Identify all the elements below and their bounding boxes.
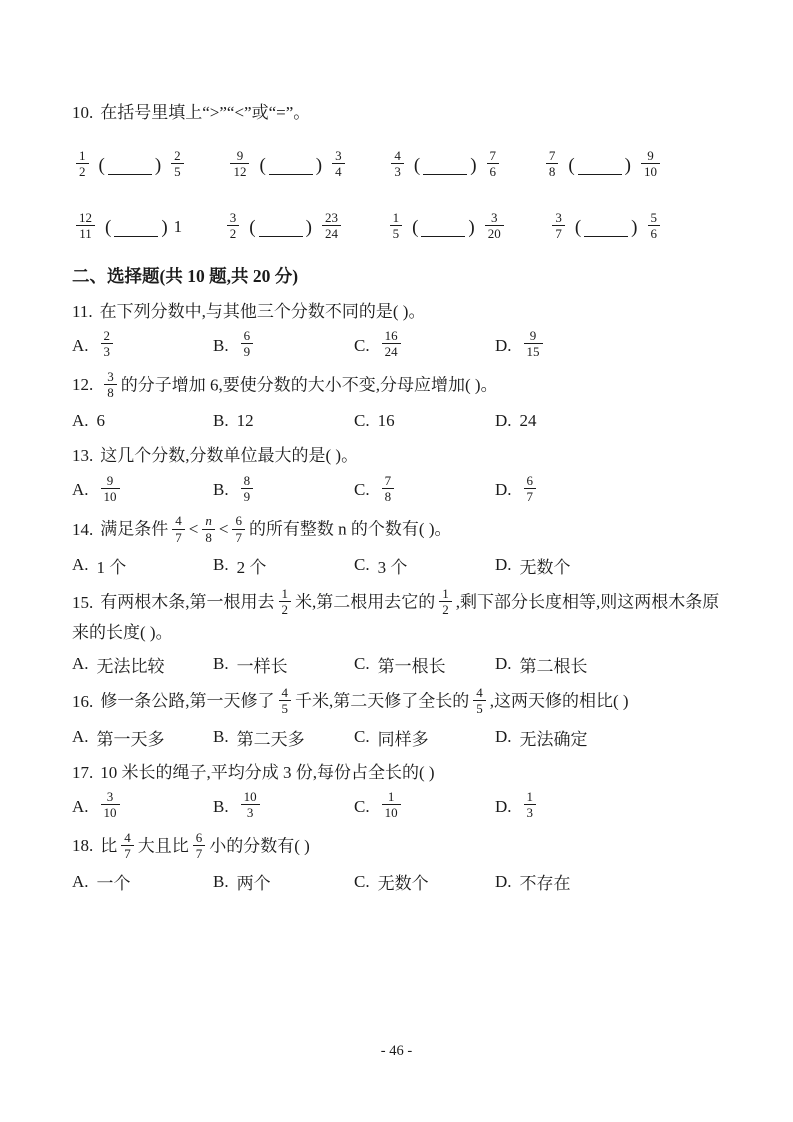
option: A.310 <box>72 791 213 823</box>
fraction-denominator: 12 <box>230 164 249 179</box>
fraction-denominator: 24 <box>382 344 401 359</box>
text-run: 3 个 <box>378 558 408 577</box>
answer-blank: () <box>105 218 168 237</box>
fraction-denominator: 7 <box>232 530 245 545</box>
option-content: 67 <box>520 475 541 507</box>
options-row: A.第一天多B.第二天多C.同样多D.无法确定 <box>72 724 721 751</box>
fraction: 12 <box>439 586 452 618</box>
fraction: 910 <box>641 148 660 180</box>
questions-list: 11.在下列分数中,与其他三个分数不同的是( )。A.23B.69C.1624D… <box>72 299 721 896</box>
option-label: C. <box>354 797 370 817</box>
right-operand: 76 <box>483 150 504 182</box>
option: A.一个 <box>72 869 213 894</box>
fraction-denominator: 7 <box>524 489 537 504</box>
option-label: D. <box>495 336 512 356</box>
fraction: 37 <box>552 210 565 242</box>
option-label: A. <box>72 411 89 431</box>
fraction: 103 <box>241 789 260 821</box>
fraction: 78 <box>382 473 395 505</box>
fraction-denominator: 10 <box>101 805 120 820</box>
option-content: 无法确定 <box>520 725 588 750</box>
fraction-denominator: 8 <box>382 489 395 504</box>
fraction-denominator: 24 <box>322 226 341 241</box>
fraction: 915 <box>524 328 543 360</box>
option-label: D. <box>495 727 512 747</box>
option-label: C. <box>354 727 370 747</box>
text-run: 无数个 <box>520 558 571 577</box>
fraction: 12 <box>279 586 292 618</box>
options-row: A.910B.89C.78D.67 <box>72 475 721 507</box>
option-label: C. <box>354 411 370 431</box>
fraction-denominator: 9 <box>241 344 254 359</box>
option: D.24 <box>495 411 537 431</box>
text-run: 无法确定 <box>520 730 588 749</box>
close-paren: ) <box>316 156 322 175</box>
close-paren: ) <box>161 218 167 237</box>
fraction-denominator: 3 <box>101 344 114 359</box>
option: C.1624 <box>354 330 495 362</box>
option-label: D. <box>495 872 512 892</box>
fraction-numerator: 6 <box>232 513 245 529</box>
question-number: 17. <box>72 763 93 782</box>
option: D.第二根长 <box>495 652 588 677</box>
fraction-denominator: 6 <box>648 226 661 241</box>
option-content: 第二根长 <box>520 652 588 677</box>
fraction-numerator: 2 <box>171 148 184 164</box>
fraction: 310 <box>101 789 120 821</box>
fraction: 110 <box>382 789 401 821</box>
question: 12.38的分子增加 6,要使分数的大小不变,分母应增加( )。A.6B.12C… <box>72 371 721 435</box>
question-stem: 17.10 米长的绳子,平均分成 3 份,每份占全长的( ) <box>72 760 721 786</box>
option-content: 78 <box>378 475 399 507</box>
fraction: 45 <box>473 685 486 717</box>
open-paren: ( <box>105 218 111 237</box>
fraction-numerator: 8 <box>241 473 254 489</box>
text-run: 满足条件 <box>100 520 168 539</box>
text-run: 24 <box>520 411 537 430</box>
fraction-numerator: 3 <box>227 210 240 226</box>
text-run: 6 <box>97 411 106 430</box>
option-content: 23 <box>97 330 118 362</box>
fraction-denominator: 2 <box>76 164 89 179</box>
option: D.无法确定 <box>495 725 588 750</box>
option-content: 89 <box>237 475 258 507</box>
option: A.910 <box>72 475 213 507</box>
fraction: 15 <box>390 210 403 242</box>
options-row: A.一个B.两个C.无数个D.不存在 <box>72 868 721 895</box>
option: C.3 个 <box>354 553 495 578</box>
option: A.6 <box>72 411 213 431</box>
question-number: 12. <box>72 375 93 394</box>
right-operand: 56 <box>644 212 665 244</box>
option: A.1 个 <box>72 553 213 578</box>
fraction-numerator: 6 <box>193 830 206 846</box>
option: B.69 <box>213 330 354 362</box>
fraction-denominator: 9 <box>241 489 254 504</box>
text-run: 无法比较 <box>97 657 165 676</box>
option-content: 110 <box>378 791 405 823</box>
option: A.第一天多 <box>72 725 213 750</box>
fraction-numerator: 16 <box>382 328 401 344</box>
option-content: 无法比较 <box>97 652 165 677</box>
fraction-denominator: 8 <box>104 385 117 400</box>
text-run: 的分子增加 6,要使分数的大小不变,分母应增加( )。 <box>121 375 498 394</box>
worksheet-page: 10.在括号里填上“>”“<”或“=”。 12()25912()3443()76… <box>0 0 793 1122</box>
option: C.110 <box>354 791 495 823</box>
option-label: B. <box>213 872 229 892</box>
option-content: 同样多 <box>378 725 429 750</box>
blank-line <box>421 219 465 237</box>
option-label: D. <box>495 654 512 674</box>
fraction-numerator: 4 <box>172 513 185 529</box>
blank-line <box>423 157 467 175</box>
option: B.89 <box>213 475 354 507</box>
option-content: 无数个 <box>378 869 429 894</box>
text-run: 12 <box>237 411 254 430</box>
comparison-row: 1211()132()232415()32037()56 <box>72 204 664 250</box>
option: C.16 <box>354 411 495 431</box>
open-paren: ( <box>412 218 418 237</box>
question-stem: 18.比47大且比67小的分数有( ) <box>72 832 721 864</box>
option-label: D. <box>495 555 512 575</box>
answer-blank: () <box>99 156 162 175</box>
close-paren: ) <box>306 218 312 237</box>
option-content: 69 <box>237 330 258 362</box>
fraction: 1624 <box>382 328 401 360</box>
option-content: 1624 <box>378 330 405 362</box>
comparison-pair: 78()910 <box>542 150 664 182</box>
question-number: 14. <box>72 520 93 539</box>
blank-line <box>259 219 303 237</box>
option-label: C. <box>354 336 370 356</box>
options-row: A.310B.103C.110D.13 <box>72 791 721 823</box>
answer-blank: () <box>575 218 638 237</box>
fraction: 910 <box>101 473 120 505</box>
option-content: 不存在 <box>520 869 571 894</box>
comparison-pair: 32()2324 <box>223 212 345 244</box>
fraction: 76 <box>487 148 500 180</box>
text-run: 不存在 <box>520 874 571 893</box>
fraction: 47 <box>172 513 185 545</box>
fraction: 25 <box>171 148 184 180</box>
comparison-row: 12()25912()3443()7678()910 <box>72 142 664 188</box>
blank-line <box>108 157 152 175</box>
option: C.同样多 <box>354 725 495 750</box>
option-content: 无数个 <box>520 553 571 578</box>
option-label: B. <box>213 480 229 500</box>
question-number: 13. <box>72 446 93 465</box>
open-paren: ( <box>575 218 581 237</box>
close-paren: ) <box>155 156 161 175</box>
fraction-numerator: 9 <box>230 148 249 164</box>
comparison-pair: 12()25 <box>72 150 188 182</box>
fraction-denominator: 5 <box>390 226 403 241</box>
fraction-numerator: 3 <box>332 148 345 164</box>
option-content: 103 <box>237 791 264 823</box>
fraction-denominator: 10 <box>101 489 120 504</box>
fraction-numerator: 5 <box>648 210 661 226</box>
text-run: 的所有整数 n 的个数有( )。 <box>249 520 452 539</box>
text-run: 这几个分数,分数单位最大的是( )。 <box>100 446 358 465</box>
option-label: A. <box>72 727 89 747</box>
fraction-numerator: 9 <box>101 473 120 489</box>
option-label: D. <box>495 411 512 431</box>
option-content: 第一根长 <box>378 652 446 677</box>
fraction-numerator: 4 <box>473 685 486 701</box>
option: C.无数个 <box>354 869 495 894</box>
comparison-pair: 37()56 <box>548 212 664 244</box>
fraction-numerator: 3 <box>101 789 120 805</box>
option: D.不存在 <box>495 869 571 894</box>
option-label: C. <box>354 480 370 500</box>
fraction-denominator: 5 <box>473 701 486 716</box>
option-content: 6 <box>97 411 106 431</box>
option: B.103 <box>213 791 354 823</box>
question-stem: 11.在下列分数中,与其他三个分数不同的是( )。 <box>72 299 721 325</box>
fraction-numerator: 7 <box>487 148 500 164</box>
fraction-denominator: 3 <box>391 164 404 179</box>
close-paren: ) <box>625 156 631 175</box>
right-operand: 25 <box>167 150 188 182</box>
option-label: A. <box>72 555 89 575</box>
answer-blank: () <box>414 156 477 175</box>
option-content: 16 <box>378 411 395 431</box>
question-stem: 12.38的分子增加 6,要使分数的大小不变,分母应增加( )。 <box>72 371 721 403</box>
section-2-header: 二、选择题(共 10 题,共 20 分) <box>72 263 721 289</box>
option-label: D. <box>495 480 512 500</box>
blank-line <box>269 157 313 175</box>
fraction-denominator: 7 <box>172 530 185 545</box>
fraction-denominator: 3 <box>241 805 260 820</box>
text-run: 一样长 <box>237 657 288 676</box>
answer-blank: () <box>568 156 631 175</box>
option-content: 一样长 <box>237 652 288 677</box>
fraction-denominator: 10 <box>382 805 401 820</box>
option-label: B. <box>213 555 229 575</box>
options-row: A.23B.69C.1624D.915 <box>72 330 721 362</box>
fraction-numerator: 7 <box>546 148 559 164</box>
fraction-numerator: 4 <box>121 830 134 846</box>
option: D.67 <box>495 475 540 507</box>
options-row: A.1 个B.2 个C.3 个D.无数个 <box>72 552 721 579</box>
right-operand: 910 <box>637 150 664 182</box>
text-run: 16 <box>378 411 395 430</box>
fraction-denominator: 2 <box>439 602 452 617</box>
blank-line <box>114 219 158 237</box>
right-operand: 2324 <box>318 212 345 244</box>
text-run: 第二根长 <box>520 657 588 676</box>
open-paren: ( <box>414 156 420 175</box>
text-run: 第二天多 <box>237 730 305 749</box>
fraction-numerator: 2 <box>101 328 114 344</box>
text-run: < <box>219 520 229 539</box>
fraction: 23 <box>101 328 114 360</box>
option-content: 第二天多 <box>237 725 305 750</box>
fraction-numerator: 7 <box>382 473 395 489</box>
option-label: A. <box>72 872 89 892</box>
fraction-denominator: 5 <box>279 701 292 716</box>
option-label: B. <box>213 411 229 431</box>
fraction: 2324 <box>322 210 341 242</box>
text-run: 第一根长 <box>378 657 446 676</box>
text-run: 大且比 <box>138 836 189 855</box>
blank-line <box>578 157 622 175</box>
fraction-denominator: 7 <box>121 846 134 861</box>
option: B.一样长 <box>213 652 354 677</box>
fraction-numerator: 10 <box>241 789 260 805</box>
question: 15.有两根木条,第一根用去12米,第二根用去它的12,剩下部分长度相等,则这两… <box>72 588 721 678</box>
option: D.915 <box>495 330 547 362</box>
fraction-denominator: 4 <box>332 164 345 179</box>
answer-blank: () <box>412 218 475 237</box>
comparison-pair: 43()76 <box>387 150 503 182</box>
text-run: 1 <box>174 217 183 236</box>
fraction: 34 <box>332 148 345 180</box>
fraction: 78 <box>546 148 559 180</box>
question: 11.在下列分数中,与其他三个分数不同的是( )。A.23B.69C.1624D… <box>72 299 721 362</box>
fraction: 89 <box>241 473 254 505</box>
option: B.第二天多 <box>213 725 354 750</box>
option-content: 915 <box>520 330 547 362</box>
question-stem: 13.这几个分数,分数单位最大的是( )。 <box>72 443 721 469</box>
text-run: 有两根木条,第一根用去 <box>100 593 274 612</box>
question-number: 16. <box>72 692 93 711</box>
close-paren: ) <box>631 218 637 237</box>
fraction-numerator: 1 <box>382 789 401 805</box>
text-run: 10 米长的绳子,平均分成 3 份,每份占全长的( ) <box>100 763 434 782</box>
text-run: 修一条公路,第一天修了 <box>100 692 274 711</box>
fraction-denominator: 8 <box>202 530 215 545</box>
question: 16.修一条公路,第一天修了45千米,第二天修了全长的45,这两天修的相比( )… <box>72 687 721 751</box>
option: C.78 <box>354 475 495 507</box>
fraction-numerator: 4 <box>391 148 404 164</box>
open-paren: ( <box>249 218 255 237</box>
fraction-denominator: 11 <box>76 226 95 241</box>
fraction-numerator: 4 <box>279 685 292 701</box>
close-paren: ) <box>468 218 474 237</box>
option: B.12 <box>213 411 354 431</box>
fraction-numerator: 12 <box>76 210 95 226</box>
blank-line <box>584 219 628 237</box>
fraction: 47 <box>121 830 134 862</box>
question: 18.比47大且比67小的分数有( )A.一个B.两个C.无数个D.不存在 <box>72 832 721 896</box>
option-content: 两个 <box>237 869 271 894</box>
option-label: B. <box>213 727 229 747</box>
fraction-denominator: 3 <box>524 805 537 820</box>
fraction-numerator: 3 <box>485 210 504 226</box>
question-10-stem: 10.在括号里填上“>”“<”或“=”。 <box>72 100 721 126</box>
question-10-comparison-rows: 12()25912()3443()7678()9101211()132()232… <box>72 142 721 250</box>
fraction-denominator: 7 <box>552 226 565 241</box>
text-run: 千米,第二天修了全长的 <box>295 692 469 711</box>
fraction: 13 <box>524 789 537 821</box>
fraction-denominator: 8 <box>546 164 559 179</box>
option-content: 1 个 <box>97 553 127 578</box>
fraction: 69 <box>241 328 254 360</box>
fraction: 1211 <box>76 210 95 242</box>
fraction-denominator: 2 <box>227 226 240 241</box>
option-label: C. <box>354 872 370 892</box>
option-label: D. <box>495 797 512 817</box>
right-operand: 34 <box>328 150 349 182</box>
text-run: 2 个 <box>237 558 267 577</box>
option-content: 3 个 <box>378 553 408 578</box>
text-run: 一个 <box>97 874 131 893</box>
fraction: 56 <box>648 210 661 242</box>
fraction-numerator: 1 <box>390 210 403 226</box>
text-run: 米,第二根用去它的 <box>295 593 435 612</box>
fraction-numerator: 9 <box>524 328 543 344</box>
close-paren: ) <box>470 156 476 175</box>
fraction: 67 <box>193 830 206 862</box>
option-content: 12 <box>237 411 254 431</box>
comparison-pair: 1211()1 <box>72 212 182 244</box>
text-run: < <box>189 520 199 539</box>
question: 17.10 米长的绳子,平均分成 3 份,每份占全长的( )A.310B.103… <box>72 760 721 823</box>
page-number: - 46 - <box>0 1043 793 1060</box>
text-run: 第一天多 <box>97 730 165 749</box>
fraction-numerator: 1 <box>76 148 89 164</box>
question-number: 11. <box>72 302 93 321</box>
comparison-pair: 15()320 <box>386 212 508 244</box>
open-paren: ( <box>99 156 105 175</box>
fraction-denominator: 10 <box>641 164 660 179</box>
options-row: A.无法比较B.一样长C.第一根长D.第二根长 <box>72 651 721 678</box>
text-run: ,这两天修的相比( ) <box>490 692 629 711</box>
question-number: 10. <box>72 103 93 122</box>
option: A.无法比较 <box>72 652 213 677</box>
option-content: 910 <box>97 475 124 507</box>
open-paren: ( <box>568 156 574 175</box>
option: A.23 <box>72 330 213 362</box>
right-operand: 320 <box>481 212 508 244</box>
option: D.13 <box>495 791 540 823</box>
question-number: 15. <box>72 593 93 612</box>
fraction: 12 <box>76 148 89 180</box>
fraction: 912 <box>230 148 249 180</box>
option-content: 第一天多 <box>97 725 165 750</box>
fraction: 32 <box>227 210 240 242</box>
option-label: A. <box>72 654 89 674</box>
option-label: B. <box>213 336 229 356</box>
text-run: 同样多 <box>378 730 429 749</box>
text-run: 无数个 <box>378 874 429 893</box>
fraction-denominator: 7 <box>193 846 206 861</box>
fraction-numerator: 3 <box>104 369 117 385</box>
fraction: 67 <box>232 513 245 545</box>
option-content: 一个 <box>97 869 131 894</box>
fraction-numerator: 6 <box>241 328 254 344</box>
fraction: 67 <box>524 473 537 505</box>
question-stem: 14.满足条件47<n8<67的所有整数 n 的个数有( )。 <box>72 515 721 547</box>
fraction: 43 <box>391 148 404 180</box>
option: D.无数个 <box>495 553 571 578</box>
fraction: 38 <box>104 369 117 401</box>
option-label: B. <box>213 654 229 674</box>
option: B.2 个 <box>213 553 354 578</box>
comparison-pair: 912()34 <box>226 150 348 182</box>
text-run: 小的分数有( ) <box>209 836 310 855</box>
fraction-numerator: 9 <box>641 148 660 164</box>
fraction-numerator: 1 <box>439 586 452 602</box>
fraction-numerator: 1 <box>524 789 537 805</box>
fraction: 320 <box>485 210 504 242</box>
fraction-numerator: n <box>202 513 215 529</box>
option-content: 13 <box>520 791 541 823</box>
option-content: 2 个 <box>237 553 267 578</box>
option-label: C. <box>354 555 370 575</box>
fraction-numerator: 6 <box>524 473 537 489</box>
